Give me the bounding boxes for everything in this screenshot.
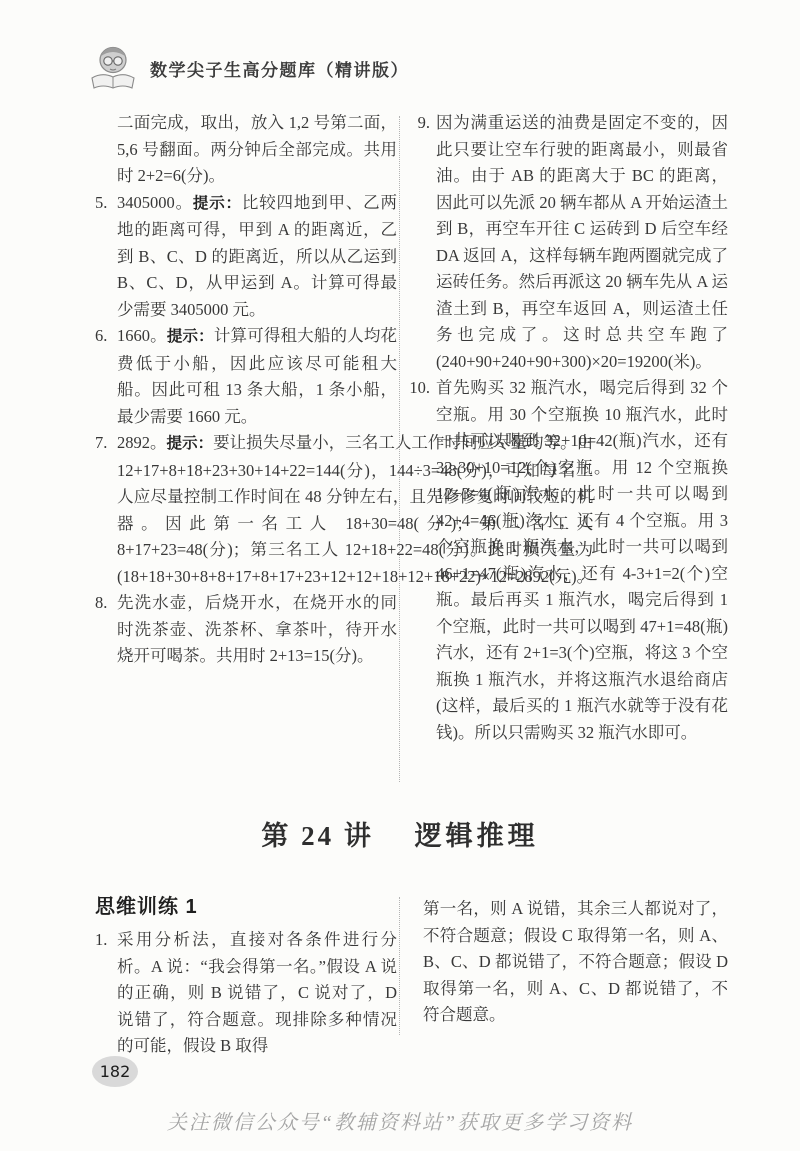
training-right-column: 第一名，则 A 说错，其余三人都说对了，不符合题意；假设 C 取得第一名，则 A…	[423, 896, 728, 1029]
column-divider	[399, 897, 400, 1035]
training-heading: 思维训练 1	[95, 890, 198, 919]
answer-item: 9.因为满重运送的油费是固定不变的，因此只要让空车行驶的距离最小，则最省油。由于…	[406, 110, 728, 375]
lecture-number: 第 24 讲	[261, 821, 374, 851]
answer-value: 3405000。	[117, 193, 193, 212]
answer-item: 二面完成，取出，放入 1,2 号第二面，5,6 号翻面。两分钟后全部完成。共用时…	[95, 110, 397, 190]
item-text: 采用分析法，直接对各条件进行分析。A 说：“我会得第一名。”假设 A 说的正确，…	[117, 927, 397, 1060]
mascot-reading-book-icon	[86, 44, 140, 92]
training-left-column: 1. 采用分析法，直接对各条件进行分析。A 说：“我会得第一名。”假设 A 说的…	[95, 927, 397, 1060]
solution-text: 二面完成，取出，放入 1,2 号第二面，5,6 号翻面。两分钟后全部完成。共用时…	[117, 113, 397, 185]
item-number: 5.	[95, 190, 117, 324]
solution-text: 因为满重运送的油费是固定不变的，因此只要让空车行驶的距离最小，则最省油。由于 A…	[436, 113, 728, 371]
item-number: 8.	[95, 590, 117, 670]
hint-label: 提示：	[167, 435, 214, 452]
item-text: 因为满重运送的油费是固定不变的，因此只要让空车行驶的距离最小，则最省油。由于 A…	[436, 110, 728, 375]
answer-value: 2892。	[117, 433, 167, 452]
watermark-text: 关注微信公众号“教辅资料站”获取更多学习资料	[0, 1106, 800, 1135]
answer-item: 5.3405000。提示：比较四地到甲、乙两地的距离可得，甲到 A 的距离近，乙…	[95, 190, 397, 324]
training-item: 1. 采用分析法，直接对各条件进行分析。A 说：“我会得第一名。”假设 A 说的…	[95, 927, 397, 1060]
hint-label: 提示：	[193, 195, 242, 212]
book-title: 数学尖子生高分题库（精讲版）	[150, 56, 409, 81]
page-number: 182	[100, 1062, 131, 1081]
lecture-heading: 第 24 讲 逻辑推理	[0, 814, 800, 853]
page-header: 数学尖子生高分题库（精讲版）	[86, 44, 409, 92]
answers-right-column: 9.因为满重运送的油费是固定不变的，因此只要让空车行驶的距离最小，则最省油。由于…	[406, 110, 728, 746]
answers-left-column: 二面完成，取出，放入 1,2 号第二面，5,6 号翻面。两分钟后全部完成。共用时…	[95, 110, 397, 670]
solution-text: 先洗水壶，后烧开水，在烧开水的同时洗茶壶、洗茶杯、拿茶叶，待开水烧开可喝茶。共用…	[117, 593, 397, 665]
item-number: 7.	[95, 430, 117, 590]
page-number-badge: 182	[92, 1056, 138, 1087]
answer-item: 7.2892。提示：要让损失尽量小，三名工人工作时间应尽量均等。由 12+17+…	[95, 430, 397, 590]
answer-item: 6.1660。提示：计算可得租大船的人均花费低于小船，因此应该尽可能租大船。因此…	[95, 323, 397, 430]
item-text: 3405000。提示：比较四地到甲、乙两地的距离可得，甲到 A 的距离近，乙到 …	[117, 190, 397, 324]
item-text: 二面完成，取出，放入 1,2 号第二面，5,6 号翻面。两分钟后全部完成。共用时…	[117, 110, 397, 190]
answer-value: 1660。	[117, 326, 167, 345]
answer-item: 10.首先购买 32 瓶汽水，喝完后得到 32 个空瓶。用 30 个空瓶换 10…	[406, 375, 728, 746]
item-text: 首先购买 32 瓶汽水，喝完后得到 32 个空瓶。用 30 个空瓶换 10 瓶汽…	[436, 375, 728, 746]
column-divider	[399, 116, 400, 782]
solution-text: 首先购买 32 瓶汽水，喝完后得到 32 个空瓶。用 30 个空瓶换 10 瓶汽…	[436, 378, 728, 742]
item-number: 1.	[95, 927, 117, 1060]
item-text: 1660。提示：计算可得租大船的人均花费低于小船，因此应该尽可能租大船。因此可租…	[117, 323, 397, 430]
item-text: 先洗水壶，后烧开水，在烧开水的同时洗茶壶、洗茶杯、拿茶叶，待开水烧开可喝茶。共用…	[117, 590, 397, 670]
item-number: 9.	[406, 110, 436, 375]
hint-label: 提示：	[167, 328, 214, 345]
item-number: 6.	[95, 323, 117, 430]
answer-item: 8.先洗水壶，后烧开水，在烧开水的同时洗茶壶、洗茶杯、拿茶叶，待开水烧开可喝茶。…	[95, 590, 397, 670]
item-number: 10.	[406, 375, 436, 746]
lecture-title: 逻辑推理	[415, 821, 539, 851]
item-number	[95, 110, 117, 190]
